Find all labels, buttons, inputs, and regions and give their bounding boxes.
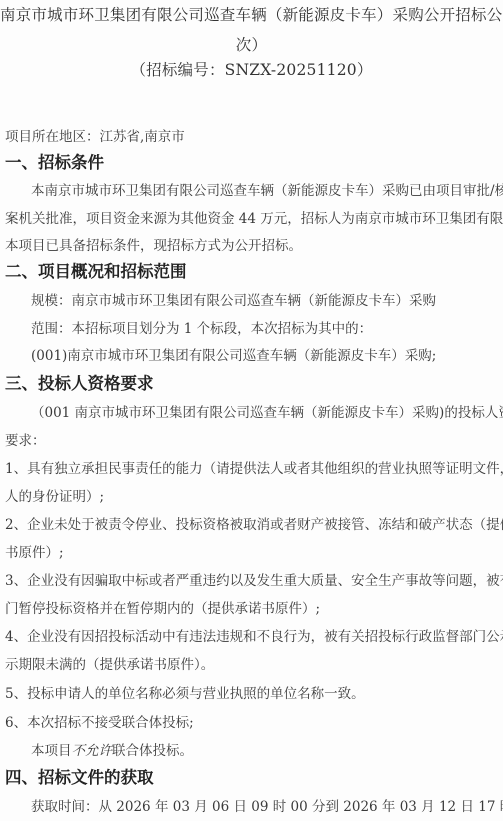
qualification-intro: （001 南京市城市环卫集团有限公司巡查车辆（新能源皮卡车）采购)的投标人资格能… [31,404,503,422]
section-heading-project-overview: 二、项目概况和招标范围 [5,263,187,281]
section-1-text: 本项目已具备招标条件，现招标方式为公开招标。 [5,237,302,255]
tender-announcement-page: 南京市城市环卫集团有限公司巡查车辆（新能源皮卡车）采购公开招标公告（三 次） （… [0,0,503,821]
consortium-note-emphasis: 不允许 [72,743,113,759]
consortium-note-suffix: 联合体投标。 [112,743,193,759]
section-heading-bidder-qualifications: 三、投标人资格要求 [5,375,154,393]
project-region: 项目所在地区：江苏省,南京市 [5,128,185,146]
qualification-item-6: 6、本次招标不接受联合体投标; [5,714,194,732]
section-1-text: 案机关批准，项目资金来源为其他资金 44 万元，招标人为南京市城市环卫集团有限公… [5,210,503,228]
project-scope: 范围：本招标项目划分为 1 个标段，本次招标为其中的： [31,320,372,338]
qualification-item-3: 门暂停投标资格并在暂停期内的（提供承诺书原件）; [5,600,320,618]
project-scale: 规模：南京市城市环卫集团有限公司巡查车辆（新能源皮卡车）采购 [31,292,436,310]
qualification-item-1: 人的身份证明）; [5,488,104,506]
qualification-item-2: 书原件）; [5,544,64,562]
lot-001: (001)南京市城市环卫集团有限公司巡查车辆（新能源皮卡车）采购; [31,347,436,365]
qualification-item-5: 5、投标申请人的单位名称必须与营业执照的单位名称一致。 [5,685,365,703]
consortium-note-prefix: 本项目 [31,743,72,759]
section-heading-bidding-conditions: 一、招标条件 [5,154,104,172]
acquisition-time: 获取时间：从 2026 年 03 月 06 日 09 时 00 分到 2026 … [31,798,503,816]
qualification-item-4: 4、企业没有因招投标活动中有违法违规和不良行为，被有关招投标行政监督部门公示且公 [5,628,503,646]
qualification-item-3: 3、企业没有因骗取中标或者严重违约以及发生重大质量、安全生产事故等问题，被有关部 [5,572,503,590]
qualification-intro: 要求： [5,432,46,450]
section-heading-document-acquisition: 四、招标文件的获取 [5,769,154,787]
document-title-line-2: 次） [0,36,503,54]
qualification-item-4: 示期限未满的（提供承诺书原件）。 [5,656,214,674]
document-title-line-1: 南京市城市环卫集团有限公司巡查车辆（新能源皮卡车）采购公开招标公告（三 [0,6,503,24]
qualification-item-1: 1、具有独立承担民事责任的能力（请提供法人或者其他组织的营业执照等证明文件，自然 [5,460,503,478]
qualification-item-2: 2、企业未处于被责令停业、投标资格被取消或者财产被接管、冻结和破产状态（提供承诺 [5,516,503,534]
section-1-text: 本南京市城市环卫集团有限公司巡查车辆（新能源皮卡车）采购已由项目审批/核准/备 [31,182,503,200]
tender-number: （招标编号：SNZX-20251120） [0,61,503,79]
consortium-note: 本项目不允许联合体投标。 [31,742,193,760]
